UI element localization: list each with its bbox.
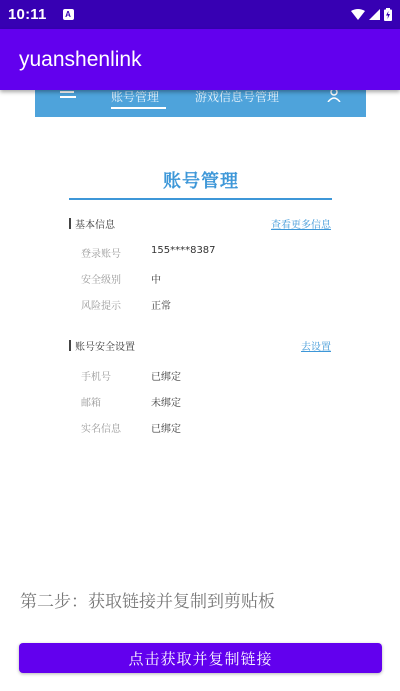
title-divider [69,198,332,200]
wifi-icon [351,9,365,20]
row-label: 实名信息 [81,420,151,435]
notification-a-icon: A [63,9,74,20]
row-label: 安全级别 [81,271,151,286]
status-time: 10:11 [8,6,47,23]
row-value: 已绑定 [151,420,181,435]
active-tab-indicator [111,107,166,109]
signal-icon [369,9,380,20]
step-instruction: 第二步：获取链接并复制到剪贴板 [20,587,275,612]
row-label: 登录账号 [81,245,151,260]
user-icon[interactable] [327,88,341,102]
menu-icon[interactable] [60,91,76,101]
section-marker [69,340,71,351]
row-value: 正常 [151,297,171,312]
view-more-info-link[interactable]: 查看更多信息 [271,216,331,231]
info-row: 邮箱 未绑定 [81,394,181,409]
tab-strip: 账号管理 游戏信息号管理 [35,90,366,117]
tab-account-management[interactable]: 账号管理 [111,88,159,105]
row-label: 邮箱 [81,394,151,409]
section-marker [69,218,71,229]
row-value: 未绑定 [151,394,181,409]
info-row: 风险提示 正常 [81,297,171,312]
status-icons [351,8,392,21]
app-bar: yuanshenlink [0,29,400,90]
section-account-security: 账号安全设置 去设置 [69,338,331,353]
go-settings-link[interactable]: 去设置 [301,338,331,353]
row-label: 手机号 [81,368,151,383]
section-heading: 账号安全设置 [75,338,135,353]
row-label: 风险提示 [81,297,151,312]
info-row: 手机号 已绑定 [81,368,181,383]
info-row: 登录账号 155****8387 [81,245,216,260]
card-title: 账号管理 [70,167,332,193]
section-heading: 基本信息 [75,216,115,231]
tab-game-info-management[interactable]: 游戏信息号管理 [195,88,279,105]
info-row: 实名信息 已绑定 [81,420,181,435]
app-title: yuanshenlink [19,48,142,72]
row-value: 中 [151,271,161,286]
section-basic-info: 基本信息 查看更多信息 [69,216,331,231]
status-bar: 10:11 A [0,0,400,29]
row-value: 155****8387 [151,245,216,260]
info-row: 安全级别 中 [81,271,161,286]
webview-content: 账号管理 游戏信息号管理 账号管理 基本信息 查看更多信息 登录账号 155**… [0,90,400,691]
get-and-copy-link-button[interactable]: 点击获取并复制链接 [19,643,382,673]
row-value: 已绑定 [151,368,181,383]
battery-charging-icon [384,8,392,21]
